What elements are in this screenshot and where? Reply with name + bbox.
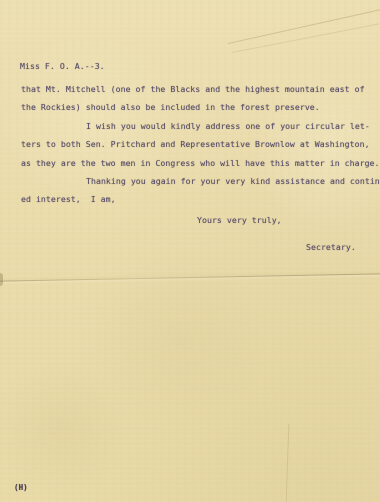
letter-body-line: Thanking you again for your very kind as… xyxy=(86,176,380,186)
letter-closing: Yours very truly, xyxy=(197,215,282,225)
letter-heading: Miss F. O. A.--3. xyxy=(20,61,105,71)
letter-body-line: that Mt. Mitchell (one of the Blacks and… xyxy=(21,84,365,94)
letter-body-line: the Rockies) should also be included in … xyxy=(21,102,320,112)
letter-body-line: as they are the two men in Congress who … xyxy=(21,158,380,168)
letter-page: Miss F. O. A.--3. that Mt. Mitchell (one… xyxy=(0,0,380,502)
fold-edge-notch xyxy=(0,273,3,286)
letter-body-line: ed interest, I am, xyxy=(21,194,116,204)
letter-body-line: ters to both Sen. Pritchard and Represen… xyxy=(21,139,370,149)
footer-mark: (H) xyxy=(14,483,28,493)
letter-body-line: I wish you would kindly address one of y… xyxy=(86,121,370,131)
letter-signature: Secretary. xyxy=(306,242,356,252)
